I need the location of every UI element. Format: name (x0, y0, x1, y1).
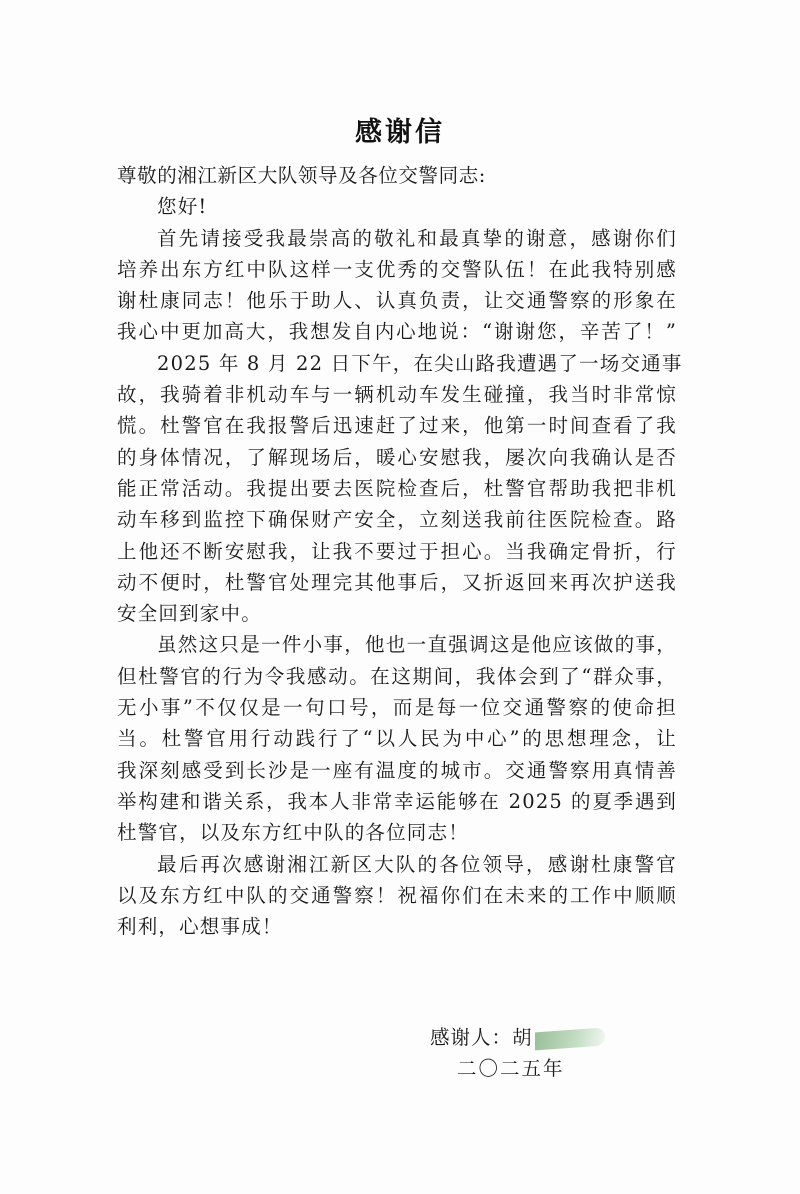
paragraph-4: 最后再次感谢湘江新区大队的各位领导，感谢杜康警官 以及东方红中队的交通警察！祝福… (117, 849, 677, 943)
paragraph-line: 虽然这只是一件小事，他也一直强调这是他应该做的事， (117, 629, 677, 660)
paragraph-line: 2025 年 8 月 22 日下午，在尖山路我遭遇了一场交通事 (117, 348, 677, 379)
paragraph-line: 安全回到家中。 (117, 598, 677, 629)
paragraph-line: 我心中更加高大，我想发自内心地说：“谢谢您，辛苦了！” (117, 316, 677, 347)
signature-label: 感谢人：胡 (430, 1026, 533, 1049)
letter-date: 二〇二五年 (457, 1053, 565, 1081)
paragraph-3: 虽然这只是一件小事，他也一直强调这是他应该做的事， 但杜警官的行为令我感动。在这… (117, 629, 677, 848)
paragraph-line: 的身体情况，了解现场后，暖心安慰我，屡次向我确认是否 (117, 442, 677, 473)
paragraph-line: 慌。杜警官在我报警后迅速赶了过来，他第一时间查看了我 (117, 410, 677, 441)
redacted-name (535, 1027, 605, 1050)
paragraph-line: 故，我骑着非机动车与一辆机动车发生碰撞，我当时非常惊 (117, 379, 677, 410)
paragraph-line: 上他还不断安慰我，让我不要过于担心。当我确定骨折，行 (117, 536, 677, 567)
paragraph-line: 能正常活动。我提出要去医院检查后，杜警官帮助我把非机 (117, 473, 677, 504)
letter-page: 感谢信 尊敬的湘江新区大队领导及各位交警同志: 您好! 首先请接受我最崇高的敬礼… (0, 0, 800, 1194)
paragraph-line: 举构建和谐关系，我本人非常幸运能够在 2025 的夏季遇到 (117, 786, 677, 817)
paragraph-line: 首先请接受我最崇高的敬礼和最真挚的谢意，感谢你们 (117, 223, 677, 254)
paragraph-line: 动不便时，杜警官处理完其他事后，又折返回来再次护送我 (117, 567, 677, 598)
paragraph-line: 以及东方红中队的交通警察！祝福你们在未来的工作中顺顺 (117, 880, 677, 911)
letter-body: 尊敬的湘江新区大队领导及各位交警同志: 您好! 首先请接受我最崇高的敬礼和最真挚… (117, 160, 677, 942)
greeting: 您好! (117, 191, 677, 222)
paragraph-line: 动车移到监控下确保财产安全，立刻送我前往医院检查。路 (117, 504, 677, 535)
paragraph-line: 最后再次感谢湘江新区大队的各位领导，感谢杜康警官 (117, 849, 677, 880)
paragraph-2: 2025 年 8 月 22 日下午，在尖山路我遭遇了一场交通事 故，我骑着非机动… (117, 348, 677, 630)
signature: 感谢人：胡 (430, 1022, 605, 1050)
paragraph-1: 首先请接受我最崇高的敬礼和最真挚的谢意，感谢你们 培养出东方红中队这样一支优秀的… (117, 223, 677, 348)
paragraph-line: 但杜警官的行为令我感动。在这期间，我体会到了“群众事， (117, 661, 677, 692)
paragraph-line: 当。杜警官用行动践行了“以人民为中心”的思想理念，让 (117, 723, 677, 754)
paragraph-line: 培养出东方红中队这样一支优秀的交警队伍！在此我特别感 (117, 254, 677, 285)
salutation: 尊敬的湘江新区大队领导及各位交警同志: (117, 160, 677, 191)
paragraph-line: 无小事”不仅仅是一句口号，而是每一位交通警察的使命担 (117, 692, 677, 723)
letter-title: 感谢信 (0, 110, 800, 149)
paragraph-line: 利利，心想事成！ (117, 911, 677, 942)
paragraph-line: 杜警官，以及东方红中队的各位同志！ (117, 817, 677, 848)
paragraph-line: 我深刻感受到长沙是一座有温度的城市。交通警察用真情善 (117, 755, 677, 786)
paragraph-line: 谢杜康同志！他乐于助人、认真负责，让交通警察的形象在 (117, 285, 677, 316)
